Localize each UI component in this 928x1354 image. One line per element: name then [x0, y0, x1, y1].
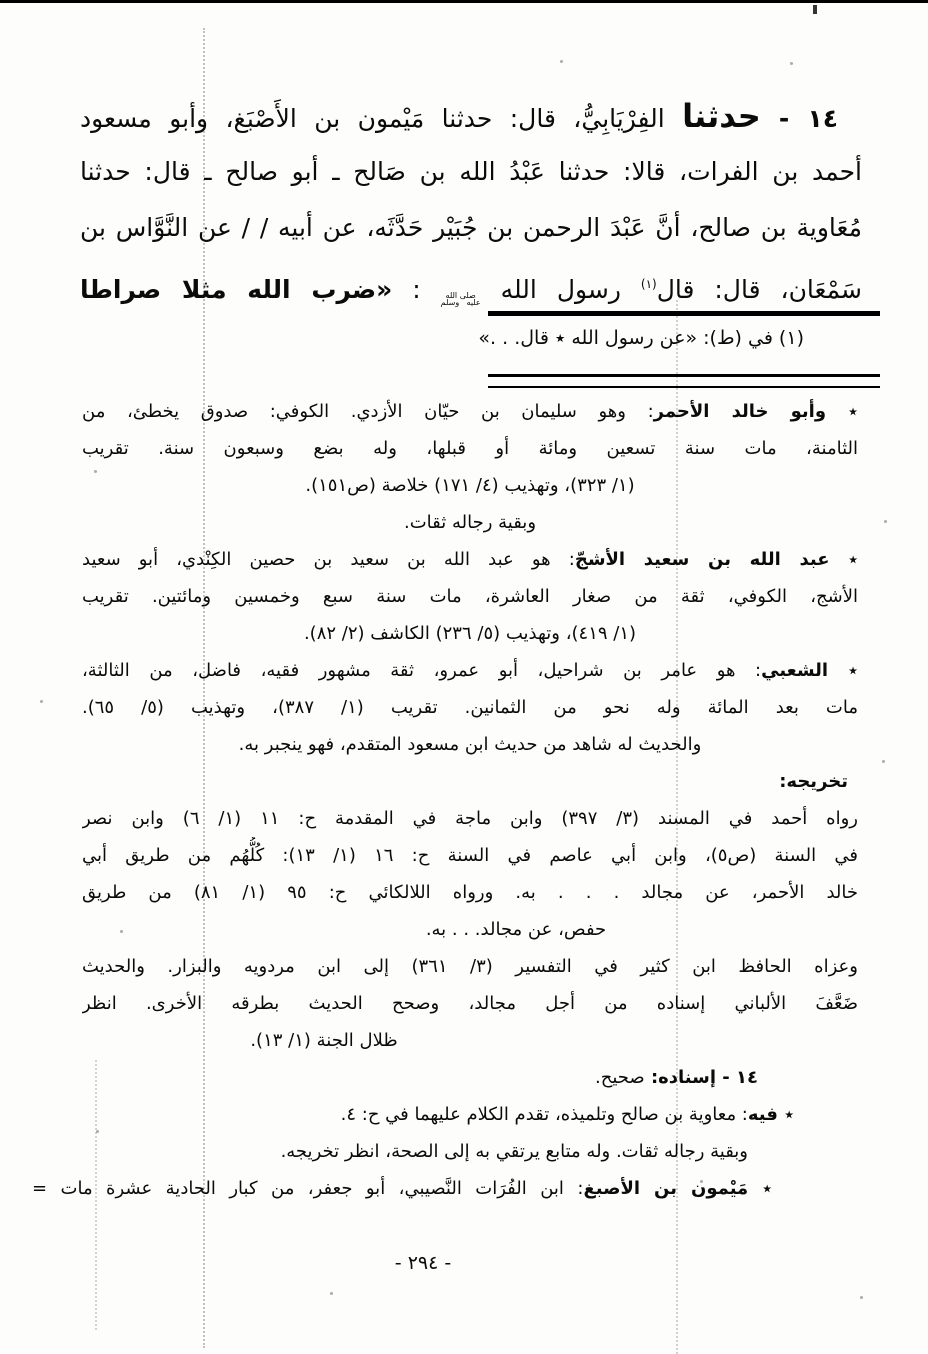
- text-run: ٭ وأبو خالد الأحمر: [654, 401, 858, 422]
- text-line: والحديث له شاهد من حديث ابن مسعود المتقد…: [82, 726, 858, 763]
- text-line: رواه أحمد في المسند (٣/ ٣٩٧) وابن ماجة ف…: [82, 800, 858, 837]
- text-line: ٭ وأبو خالد الأحمر: وهو سليمان بن حيّان …: [82, 393, 858, 430]
- text-run: الأشج، الكوفي، ثقة من صغار العاشرة، مات …: [82, 586, 858, 607]
- text-line: أحمد بن الفرات، قالا: حدثنا عَبْدُ الله …: [80, 144, 862, 200]
- text-run: تخريجه:: [779, 771, 848, 792]
- text-run: ظلال الجنة (١/ ١٣).: [250, 1030, 397, 1051]
- text-run: الفِرْيَابِيُّ، قال: حدثنا مَيْمون بن ال…: [80, 104, 682, 133]
- text-run: ضَعَّفَ الألباني إسناده من أجل مجالد، وص…: [82, 993, 858, 1014]
- text-line: ضَعَّفَ الألباني إسناده من أجل مجالد، وص…: [82, 985, 858, 1022]
- text-run: مُعَاوية بن صالح، أنَّ عَبْدَ الرحمن بن …: [80, 213, 862, 242]
- footnote-separator-rule: [488, 311, 880, 316]
- text-run: (١/ ٤١٩)، وتهذيب (٥/ ٢٣٦) الكاشف (٢/ ٨٢)…: [304, 623, 636, 644]
- text-run: : معاوية بن صالح وتلميذه، تقدم الكلام عل…: [341, 1104, 748, 1125]
- text-run: رواه أحمد في المسند (٣/ ٣٩٧) وابن ماجة ف…: [82, 808, 858, 829]
- text-line: ظلال الجنة (١/ ١٣).: [82, 1022, 858, 1059]
- text-run: وبقية رجاله ثقات. وله متابع يرتقي به إلى…: [281, 1141, 748, 1162]
- text-run: سَمْعَان، قال: قال: [657, 275, 862, 304]
- scan-speck: [860, 1296, 863, 1299]
- text-line: (١/ ٤١٩)، وتهذيب (٥/ ٢٣٦) الكاشف (٢/ ٨٢)…: [82, 615, 858, 652]
- text-run: وبقية رجاله ثقات.: [404, 512, 536, 533]
- hadith-text: ١٤ - حدثنا الفِرْيَابِيُّ، قال: حدثنا مَ…: [80, 88, 862, 312]
- scan-artifact: [813, 5, 817, 14]
- text-run: ٭ فيه: [748, 1104, 794, 1125]
- text-line: ٭ مَيْمون بن الأصبغ: ابن الفُرَات النَّص…: [32, 1170, 858, 1207]
- scan-speck: [560, 60, 563, 63]
- text-run: الثامنة، مات سنة تسعين ومائة أو قبلها، و…: [82, 438, 858, 459]
- scan-edge-artifact: [0, 0, 928, 3]
- prophet-seal-glyph: صلى الله عليه وسلم: [441, 292, 481, 307]
- text-run: في السنة (ص٥)، وابن أبي عاصم في السنة ح:…: [82, 845, 858, 866]
- text-line: ٭ الشعبي: هو عامر بن شراحيل، أبو عمرو، ث…: [82, 652, 858, 689]
- text-line: خالد الأحمر، عن مجالد . . . به. ورواه ال…: [82, 874, 858, 911]
- text-run: والحديث له شاهد من حديث ابن مسعود المتقد…: [239, 734, 702, 755]
- text-run: ١٤ -: [761, 104, 838, 133]
- text-run: (١/ ٣٢٣)، وتهذيب (٤/ ١٧١) خلاصة (ص١٥١).: [305, 475, 634, 496]
- text-run: وعزاه الحافظ ابن كثير في التفسير (٣/ ٣٦١…: [82, 956, 858, 977]
- scan-speck: [882, 760, 885, 763]
- text-run: : وهو سليمان بن حيّان الأزدي. الكوفي: صد…: [82, 401, 654, 422]
- text-line: مُعَاوية بن صالح، أنَّ عَبْدَ الرحمن بن …: [80, 200, 862, 256]
- text-run: صحيح.: [595, 1067, 645, 1088]
- text-line: الثامنة، مات سنة تسعين ومائة أو قبلها، و…: [82, 430, 858, 467]
- text-line: ١٤ - إسناده: صحيح.: [82, 1059, 858, 1096]
- text-line: في السنة (ص٥)، وابن أبي عاصم في السنة ح:…: [82, 837, 858, 874]
- text-run: : هو عامر بن شراحيل، أبو عمرو، ثقة مشهور…: [82, 660, 761, 681]
- text-run: مات بعد المائة وله نحو من الثمانين. تقري…: [82, 697, 858, 718]
- text-run: :: [392, 275, 440, 304]
- text-run: ١٤ - إسناده:: [645, 1067, 758, 1088]
- text-run: حفص، عن مجالد. . . به.: [426, 919, 606, 940]
- text-run: رسول الله: [481, 275, 641, 304]
- footnote-marker: (١): [641, 277, 657, 291]
- text-line: الأشج، الكوفي، ثقة من صغار العاشرة، مات …: [82, 578, 858, 615]
- text-line: ١٤ - حدثنا الفِرْيَابِيُّ، قال: حدثنا مَ…: [80, 88, 862, 144]
- text-line: (١/ ٣٢٣)، وتهذيب (٤/ ١٧١) خلاصة (ص١٥١).: [82, 467, 858, 504]
- scan-speck: [40, 700, 43, 703]
- text-run: ٭ الشعبي: [761, 660, 858, 681]
- text-line: مات بعد المائة وله نحو من الثمانين. تقري…: [82, 689, 858, 726]
- text-line: وعزاه الحافظ ابن كثير في التفسير (٣/ ٣٦١…: [82, 948, 858, 985]
- text-line: تخريجه:: [82, 763, 858, 800]
- text-line: وبقية رجاله ثقات.: [82, 504, 858, 541]
- text-run: ٭ عبد الله بن سعيد الأشجّ: [575, 549, 858, 570]
- text-line: وبقية رجاله ثقات. وله متابع يرتقي به إلى…: [82, 1133, 858, 1170]
- text-line: سَمْعَان، قال: قال(١) رسول الله صلى الله…: [80, 256, 862, 312]
- commentary-text: ٭ وأبو خالد الأحمر: وهو سليمان بن حيّان …: [82, 393, 858, 1207]
- text-run: ٭ مَيْمون بن الأصبغ: [583, 1178, 772, 1199]
- text-run: أحمد بن الفرات، قالا: حدثنا عَبْدُ الله …: [80, 157, 862, 186]
- text-line: ٭ فيه: معاوية بن صالح وتلميذه، تقدم الكل…: [82, 1096, 858, 1133]
- text-run: حدثنا: [682, 97, 761, 135]
- text-line: حفص، عن مجالد. . . به.: [82, 911, 858, 948]
- text-run: : هو عبد الله بن سعيد بن حصين الكِنْدي، …: [82, 549, 575, 570]
- text-run: : ابن الفُرَات النَّصيبي، أبو جعفر، من ك…: [32, 1178, 583, 1199]
- scanned-book-page: ١٤ - حدثنا الفِرْيَابِيُّ، قال: حدثنا مَ…: [0, 0, 928, 1354]
- text-line: ٭ عبد الله بن سعيد الأشجّ: هو عبد الله ب…: [82, 541, 858, 578]
- section-separator-rule: [488, 374, 880, 388]
- scan-speck: [884, 520, 887, 523]
- footnote: (١) في (ط): «عن رسول الله ٭ قال. . .»: [80, 320, 862, 356]
- scan-speck: [790, 62, 793, 65]
- page-number: - ٢٩٤ -: [0, 1252, 846, 1274]
- text-run: خالد الأحمر، عن مجالد . . . به. ورواه ال…: [82, 882, 858, 903]
- scan-speck: [330, 1292, 333, 1295]
